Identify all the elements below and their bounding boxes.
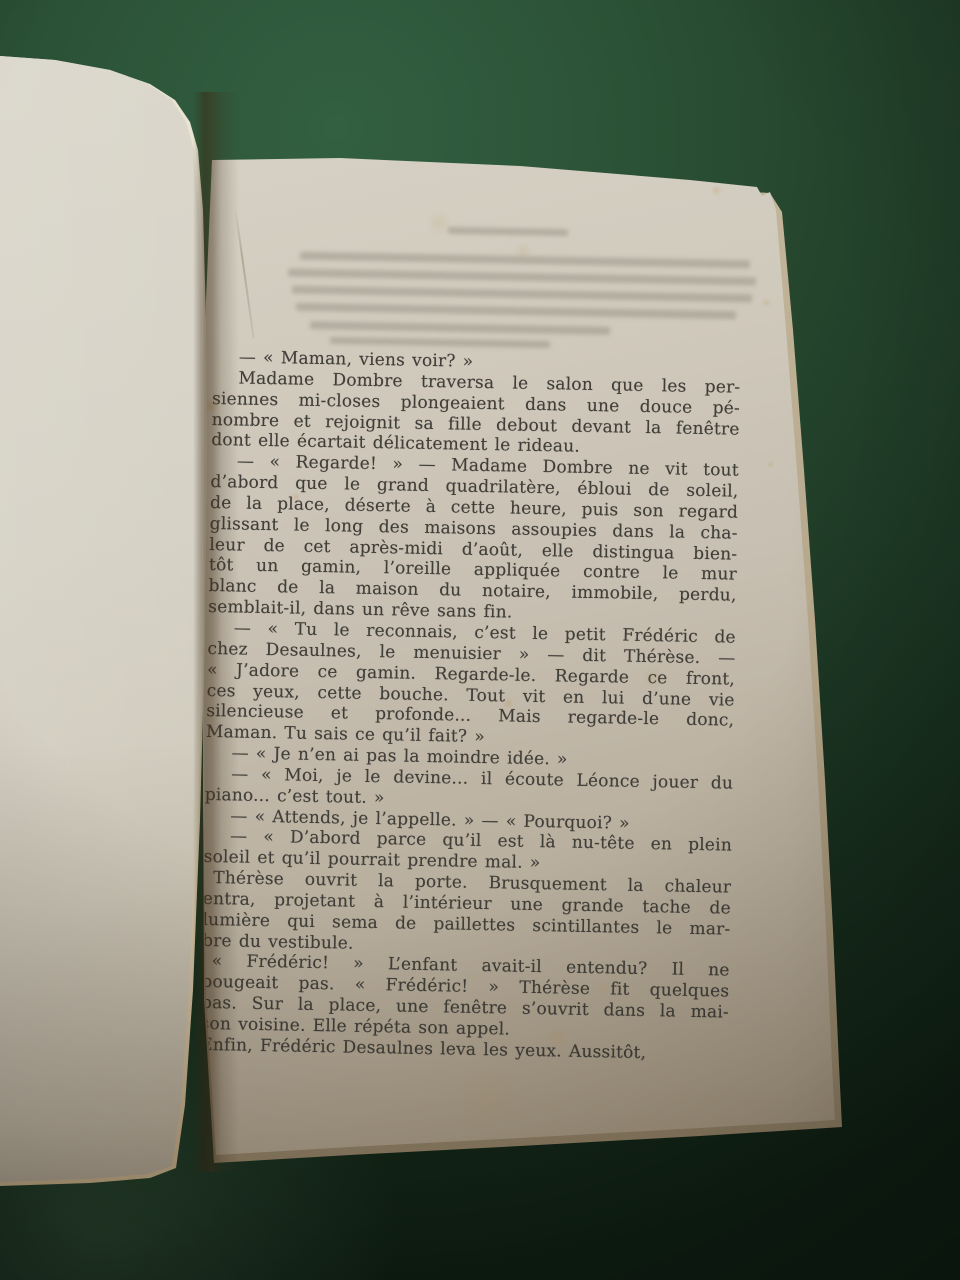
gutter-shadow (193, 92, 239, 1172)
ghost-text-line (296, 303, 736, 319)
foxing-spot (546, 1026, 568, 1048)
foxing-spot (425, 209, 453, 237)
ghost-text-line (448, 227, 568, 236)
foxing-spot (597, 981, 612, 996)
foxing-spot (710, 184, 723, 197)
page-text: — « Maman, viens voir? »Madame Dombre tr… (200, 347, 741, 1065)
book-photo-scene: — « Maman, viens voir? »Madame Dombre tr… (0, 0, 960, 1280)
foxing-spot (513, 241, 533, 261)
foxing-spot (766, 460, 775, 469)
foxing-spot (503, 698, 514, 709)
foxing-spot (291, 492, 301, 502)
ghost-text-line (288, 269, 756, 286)
foxing-spot (641, 665, 665, 689)
ghost-text-line (330, 337, 550, 348)
foxing-spot (761, 297, 772, 308)
foxing-spot (456, 1066, 520, 1130)
ghost-text-line (310, 321, 610, 335)
ghost-text-line (292, 286, 752, 303)
